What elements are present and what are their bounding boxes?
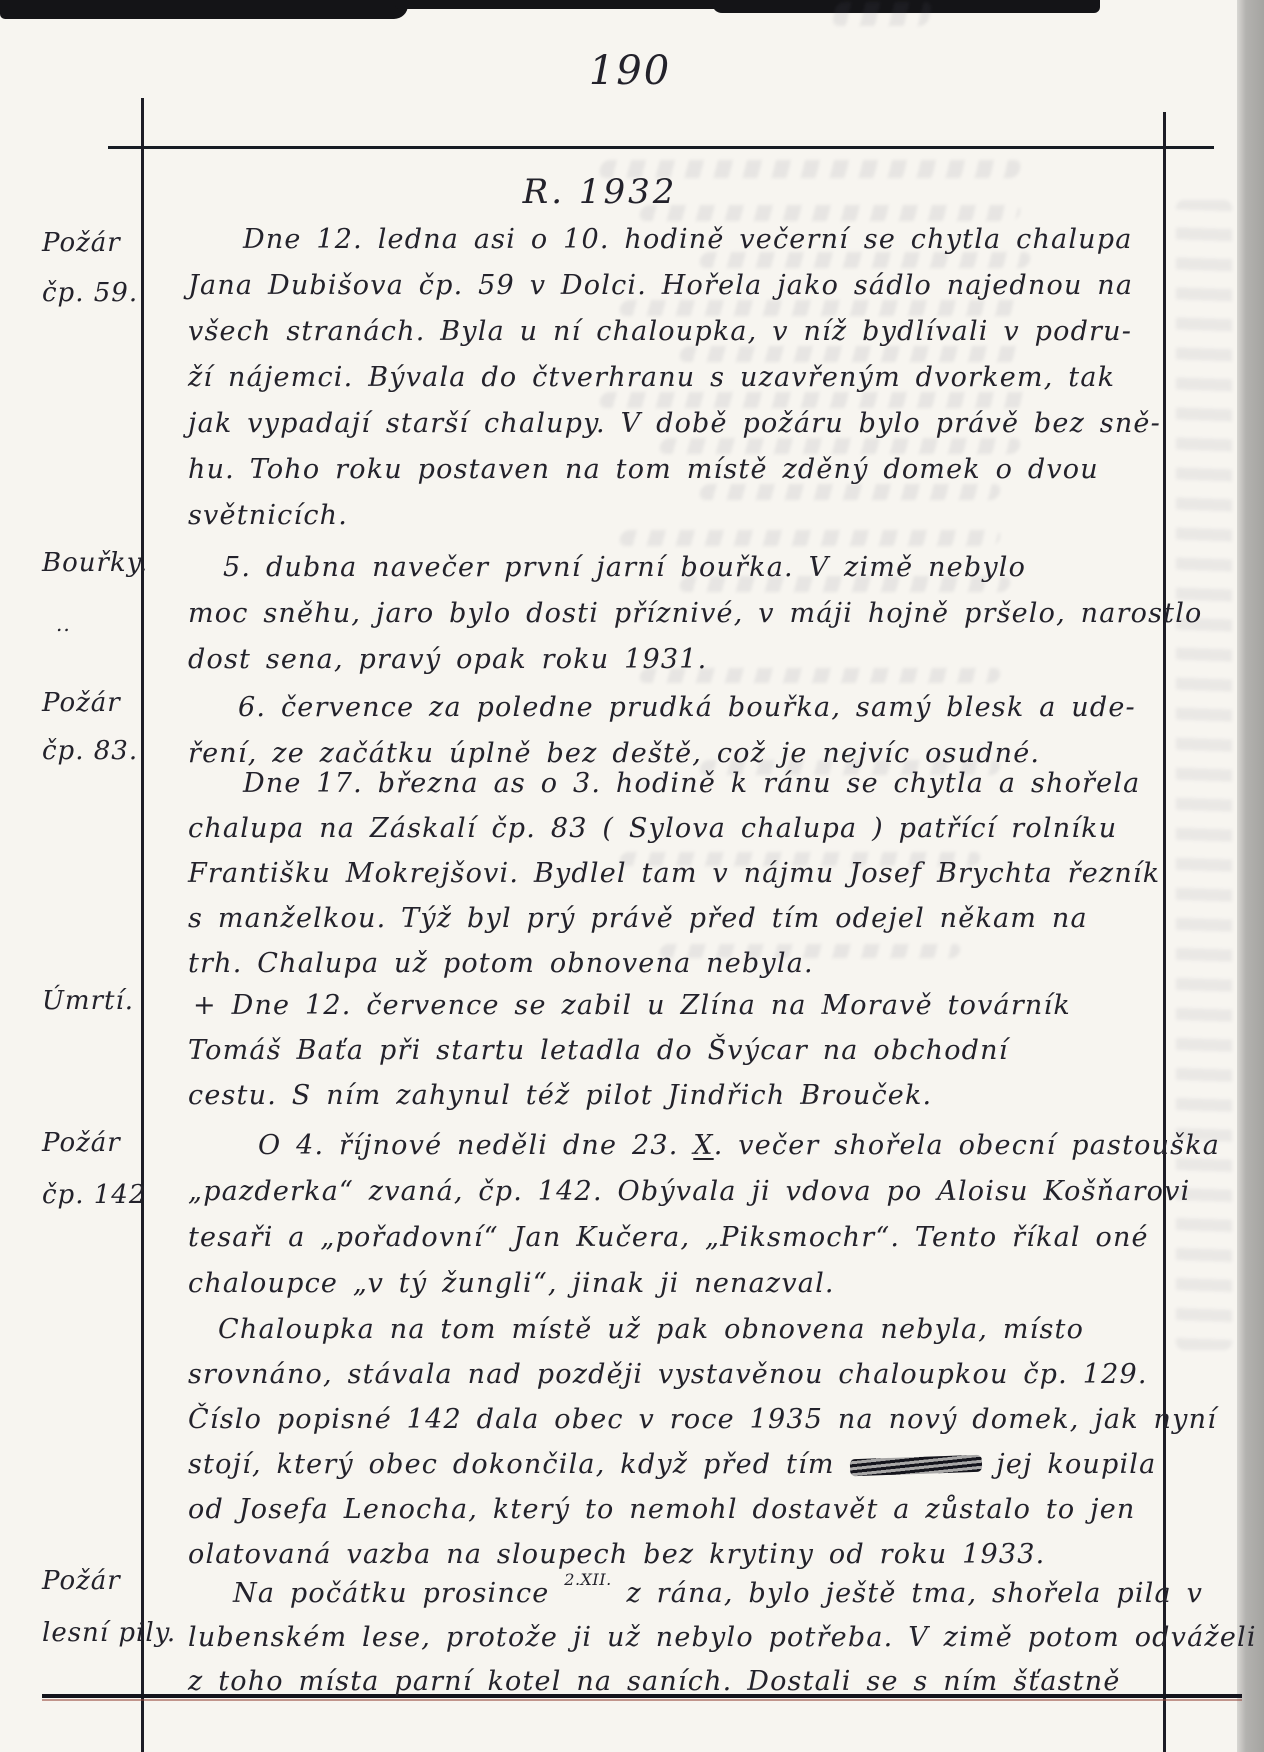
handwritten-line: Číslo popisné 142 dala obec v roce 1935 …	[188, 1404, 1163, 1435]
handwritten-line: „pazderka“ zvaná, čp. 142. Obývala ji vd…	[188, 1176, 1163, 1207]
scribbled-out-text	[849, 1455, 982, 1477]
bleed-through-mark	[598, 392, 1031, 408]
bleed-through-mark	[831, 2, 932, 26]
handwritten-line: chaloupce „v tý žungli“, jinak ji nenazv…	[188, 1268, 1163, 1299]
page-number: 190	[540, 48, 720, 94]
bleed-through-mark	[618, 300, 1021, 316]
handwritten-line: od Josefa Lenocha, který to nemohl dosta…	[188, 1494, 1163, 1525]
handwritten-line: Františku Mokrejšovi. Bydlel tam v nájmu…	[188, 858, 1163, 889]
handwritten-line: 6. července za poledne prudká bouřka, sa…	[188, 692, 1213, 723]
handwritten-line: cestu. S ním zahynul též pilot Jindřich …	[188, 1080, 1163, 1111]
handwritten-line: trh. Chalupa už potom obnovena nebyla.	[188, 948, 1163, 979]
handwritten-line: s manželkou. Týž byl prý právě před tím …	[188, 903, 1163, 934]
handwritten-line: moc sněhu, jaro bylo dosti příznivé, v m…	[188, 598, 1163, 629]
handwritten-line: Dne 17. března as o 3. hodině k ránu se …	[188, 768, 1218, 799]
handwritten-line: všech stranách. Byla u ní chaloupka, v n…	[188, 316, 1163, 347]
scan-edge-top-mid	[395, 0, 725, 9]
margin-note: Bouřky.	[42, 548, 172, 578]
text-segment: Na počátku prosince	[233, 1578, 564, 1609]
handwritten-line: chalupa na Záskalí čp. 83 ( Sylova chalu…	[188, 813, 1163, 844]
handwritten-line: Na počátku prosince 2.XII. z rána, bylo …	[188, 1578, 1208, 1609]
underlined-text: X	[693, 1130, 713, 1161]
handwritten-line: srovnáno, stávala nad později vystavěnou…	[188, 1359, 1163, 1390]
right-margin-rule	[1163, 112, 1166, 1752]
text-segment: stojí, který obec dokončila, když před t…	[188, 1449, 850, 1480]
handwritten-line: Chaloupka na tom místě už pak obnovena n…	[188, 1314, 1193, 1345]
handwritten-line: stojí, který obec dokončila, když před t…	[188, 1449, 1163, 1480]
margin-note: čp. 83.	[42, 736, 172, 766]
text-segment: O 4. říjnové neděli dne 23.	[258, 1130, 693, 1161]
handwritten-line: + Dne 12. července se zabil u Zlína na M…	[188, 990, 1168, 1021]
year-heading: R. 1932	[420, 172, 780, 212]
scan-strip-right	[1237, 0, 1264, 1752]
handwritten-line: dost sena, pravý opak roku 1931.	[188, 644, 1163, 675]
margin-note: čp. 142	[42, 1180, 172, 1210]
bleed-through-mark	[698, 484, 1001, 500]
handwritten-line: jak vypadají starší chalupy. V době požá…	[188, 408, 1163, 439]
handwritten-line: hu. Toho roku postaven na tom místě zděn…	[188, 454, 1163, 485]
handwritten-line: z toho místa parní kotel na saních. Dost…	[188, 1666, 1163, 1697]
left-margin-rule	[141, 98, 144, 1752]
handwritten-line: 5. dubna navečer první jarní bouřka. V z…	[188, 552, 1198, 583]
margin-note: lesní pily.	[42, 1618, 172, 1648]
handwritten-line: Tomáš Baťa při startu letadla do Švýcar …	[188, 1035, 1163, 1066]
margin-note: Požár	[42, 688, 172, 718]
handwritten-line: ží nájemci. Bývala do čtverhranu s uzavř…	[188, 362, 1163, 393]
bleed-through-mark	[618, 530, 1001, 546]
margin-note: čp. 59.	[42, 278, 172, 308]
top-rule	[108, 146, 1214, 149]
handwritten-line: Jana Dubišova čp. 59 v Dolci. Hořela jak…	[188, 270, 1163, 301]
handwritten-line: tesaři a „pořadovní“ Jan Kučera, „Piksmo…	[188, 1222, 1163, 1253]
handwritten-line: světnicích.	[188, 500, 1163, 531]
margin-note: ..	[56, 612, 186, 636]
bleed-through-mark	[678, 346, 1021, 362]
text-segment: jej koupila	[982, 1449, 1157, 1480]
margin-note: Úmrtí.	[42, 986, 172, 1016]
chronicle-page: 190 R. 1932 Požárčp. 59.Bouřky...Požárčp…	[0, 0, 1264, 1752]
handwritten-line: ření, ze začátku úplně bez deště, což je…	[188, 738, 1163, 769]
margin-note: Požár	[42, 228, 172, 258]
margin-note: Požár	[42, 1566, 172, 1596]
text-segment: z rána, bylo ještě tma, shořela pila v	[612, 1578, 1203, 1609]
bleed-through-mark	[658, 438, 1021, 454]
scan-edge-top-left	[0, 0, 408, 19]
handwritten-line: lubenském lese, protože ji už nebylo pot…	[188, 1622, 1163, 1653]
handwritten-line: O 4. říjnové neděli dne 23. X. večer sho…	[188, 1130, 1233, 1161]
bottom-rule-accent	[42, 1699, 1242, 1701]
handwritten-line: Dne 12. ledna asi o 10. hodině večerní s…	[188, 224, 1218, 255]
margin-note: Požár	[42, 1128, 172, 1158]
text-segment: . večer shořela obecní pastouška	[714, 1130, 1220, 1161]
handwritten-line: olatovaná vazba na sloupech bez krytiny …	[188, 1539, 1163, 1570]
interline-insertion: 2.XII.	[564, 1570, 611, 1589]
